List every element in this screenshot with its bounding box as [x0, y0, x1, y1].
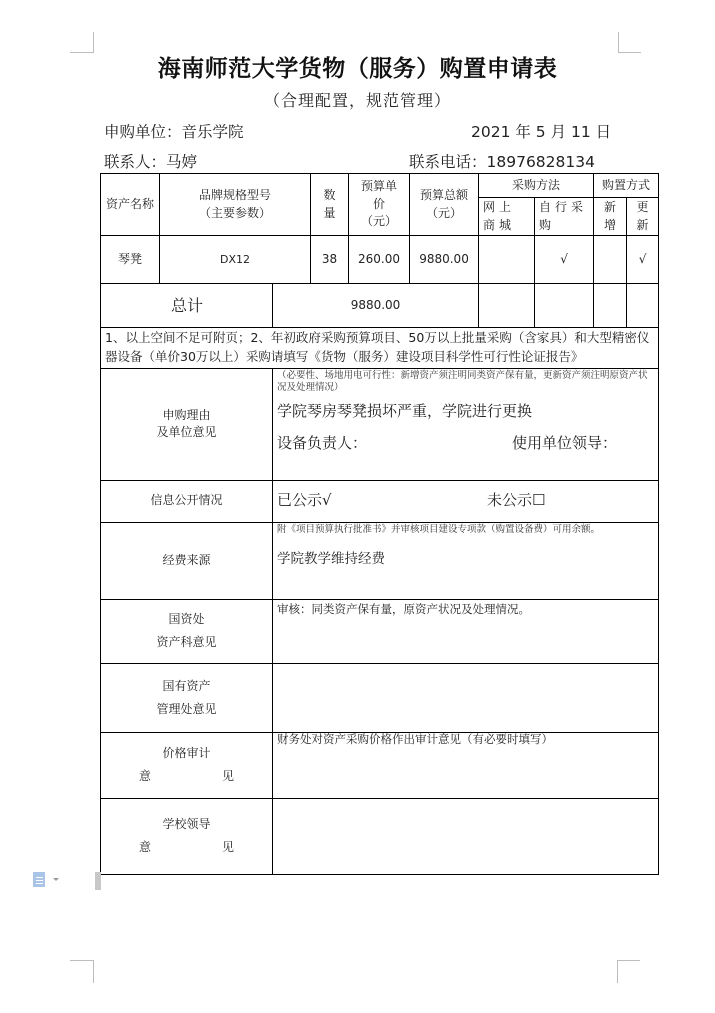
- header-self-purchase: 自行采购: [535, 198, 594, 236]
- contact-phone: 联系电话：18976828134: [409, 150, 595, 172]
- document-title: 海南师范大学货物（服务）购置申请表: [0, 50, 715, 83]
- header-unit-price-sub: （元）: [349, 213, 409, 230]
- header-brand-spec-label: 品牌规格型号: [160, 187, 310, 204]
- cell-brand-spec[interactable]: DX12: [160, 236, 311, 284]
- funding-content[interactable]: 学院教学维持经费: [277, 550, 654, 570]
- header-asset-name: 资产名称: [101, 174, 160, 236]
- paste-options-icon[interactable]: [33, 872, 45, 887]
- price-audit-hint: 财务处对资产采购价格作出审计意见（有必要时填写）: [277, 732, 654, 747]
- header-unit-price: 预算单价 （元）: [349, 174, 410, 236]
- page-corner-mark-bottom-left: [70, 960, 94, 983]
- funding-label: 经费来源: [101, 522, 273, 599]
- header-replace: 更新: [627, 198, 659, 236]
- asset-section-label: 国资处 资产科意见: [101, 599, 273, 663]
- equipment-manager-label: 设备负责人：: [277, 433, 512, 455]
- cell-unit-price[interactable]: 260.00: [349, 236, 410, 284]
- cell-online-mall[interactable]: [479, 236, 535, 284]
- header-total-budget-label: 预算总额: [410, 187, 478, 204]
- state-asset-office-cell[interactable]: [273, 663, 659, 732]
- school-leader-cell[interactable]: [273, 798, 659, 874]
- total-new-add: [594, 284, 627, 328]
- funding-hint: 附《项目预算执行批准书》并审核项目建设专项款（购置设备费）可用余额。: [277, 524, 654, 537]
- header-new-add: 新增: [594, 198, 627, 236]
- not-published-option[interactable]: 未公示☐: [487, 490, 545, 512]
- document-subtitle: （合理配置，规范管理）: [0, 88, 715, 111]
- total-label: 总计: [101, 284, 273, 328]
- paste-options-dropdown-icon[interactable]: [53, 878, 59, 881]
- asset-section-cell[interactable]: 审核：同类资产保有量，原资产状况及处理情况。: [273, 599, 659, 663]
- table-row: 琴凳 DX12 38 260.00 9880.00 √ √: [101, 236, 659, 284]
- applicant-unit: 申购单位：音乐学院: [104, 120, 244, 142]
- published-option[interactable]: 已公示√: [277, 490, 487, 512]
- page-corner-mark-bottom-right: [617, 960, 640, 983]
- header-brand-spec: 品牌规格型号 （主要参数）: [160, 174, 311, 236]
- header-total-budget: 预算总额 （元）: [410, 174, 479, 236]
- funding-cell[interactable]: 附《项目预算执行批准书》并审核项目建设专项款（购置设备费）可用余额。 学院教学维…: [273, 522, 659, 599]
- cell-total-budget[interactable]: 9880.00: [410, 236, 479, 284]
- reason-hint: （必要性、场地用电可行性：新增资产须注明同类资产保有量，更新资产须注明原资产状况…: [277, 370, 654, 396]
- price-audit-label: 价格审计 意见: [101, 732, 273, 798]
- state-asset-office-label: 国有资产 管理处意见: [101, 663, 273, 732]
- text-cursor-marker: [95, 872, 101, 890]
- unit-leader-label: 使用单位领导：: [512, 433, 617, 455]
- header-total-budget-sub: （元）: [410, 205, 478, 222]
- header-brand-spec-sub: （主要参数）: [160, 205, 310, 222]
- header-purchase-type: 购置方式: [594, 174, 659, 198]
- cell-self-purchase[interactable]: √: [535, 236, 594, 284]
- school-leader-label: 学校领导 意见: [101, 798, 273, 874]
- application-date: 2021 年 5 月 11 日: [471, 120, 611, 142]
- header-unit-price-label: 预算单价: [349, 178, 409, 213]
- reason-label: 申购理由 及单位意见: [101, 368, 273, 480]
- header-quantity: 数量: [311, 174, 349, 236]
- cell-quantity[interactable]: 38: [311, 236, 349, 284]
- table-note: 1、以上空间不足可附页；2、年初政府采购预算项目、50万以上批量采购（含家具）和…: [101, 328, 659, 369]
- cell-new-add[interactable]: [594, 236, 627, 284]
- total-self-purchase: [535, 284, 594, 328]
- contact-person: 联系人：马婷: [104, 150, 197, 172]
- asset-section-hint: 审核：同类资产保有量，原资产状况及处理情况。: [277, 601, 654, 618]
- purchase-request-table: 资产名称 品牌规格型号 （主要参数） 数量 预算单价 （元） 预算总额 （元） …: [100, 173, 659, 875]
- disclosure-label: 信息公开情况: [101, 480, 273, 522]
- reason-content[interactable]: 学院琴房琴凳损坏严重，学院进行更换: [277, 401, 654, 423]
- cell-asset-name[interactable]: 琴凳: [101, 236, 160, 284]
- reason-cell[interactable]: （必要性、场地用电可行性：新增资产须注明同类资产保有量，更新资产须注明原资产状况…: [273, 368, 659, 480]
- total-replace: [627, 284, 659, 328]
- price-audit-cell[interactable]: 财务处对资产采购价格作出审计意见（有必要时填写）: [273, 732, 659, 798]
- total-online-mall: [479, 284, 535, 328]
- total-value[interactable]: 9880.00: [273, 284, 479, 328]
- disclosure-cell: 已公示√ 未公示☐: [273, 480, 659, 522]
- cell-replace[interactable]: √: [627, 236, 659, 284]
- header-purchase-method: 采购方法: [479, 174, 594, 198]
- header-online-mall: 网上商城: [479, 198, 535, 236]
- reason-signatures: 设备负责人： 使用单位领导：: [277, 433, 654, 455]
